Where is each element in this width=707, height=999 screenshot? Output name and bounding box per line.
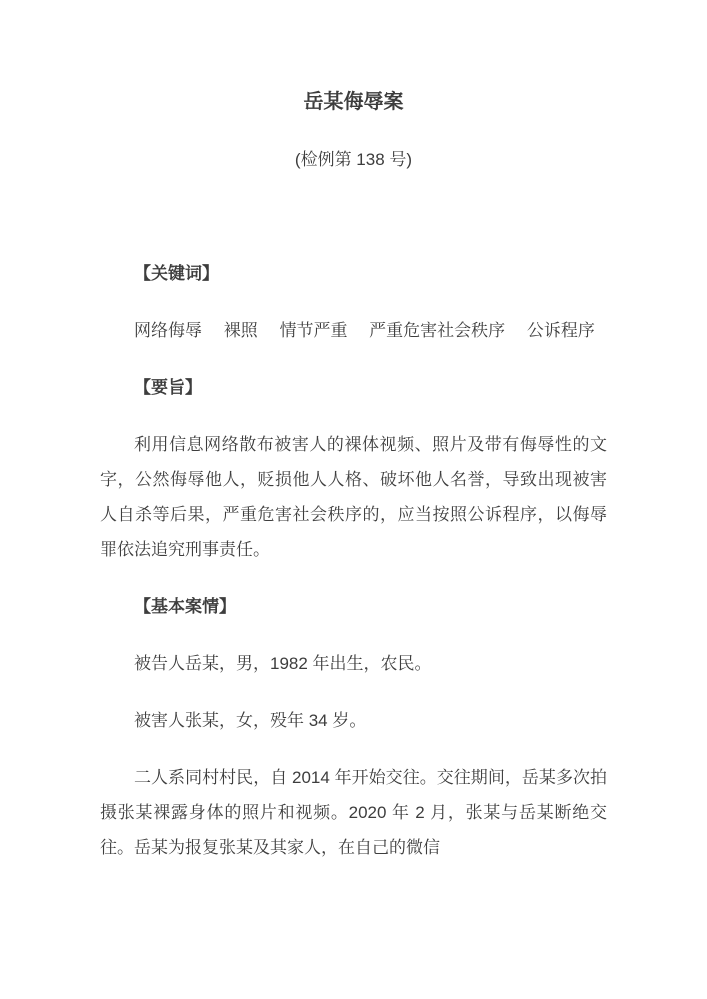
section-heading-gist: 【要旨】 xyxy=(100,370,607,405)
case-narrative-paragraph: 二人系同村村民，自 2014 年开始交往。交往期间，岳某多次拍摄张某裸露身体的照… xyxy=(100,760,607,865)
defendant-paragraph: 被告人岳某，男，1982 年出生，农民。 xyxy=(100,646,607,681)
victim-paragraph: 被害人张某，女，殁年 34 岁。 xyxy=(100,703,607,738)
gist-paragraph: 利用信息网络散布被害人的裸体视频、照片及带有侮辱性的文字，公然侮辱他人，贬损他人… xyxy=(100,427,607,567)
blank-line xyxy=(100,199,607,234)
keywords-paragraph: 网络侮辱 裸照 情节严重 严重危害社会秩序 公诉程序 xyxy=(100,313,607,348)
document-title: 岳某侮辱案 xyxy=(100,85,607,120)
case-number: (检例第 138 号) xyxy=(100,142,607,177)
document-page: 岳某侮辱案 (检例第 138 号) 【关键词】 网络侮辱 裸照 情节严重 严重危… xyxy=(0,0,707,999)
section-heading-basic-facts: 【基本案情】 xyxy=(100,589,607,624)
section-heading-keywords: 【关键词】 xyxy=(100,256,607,291)
